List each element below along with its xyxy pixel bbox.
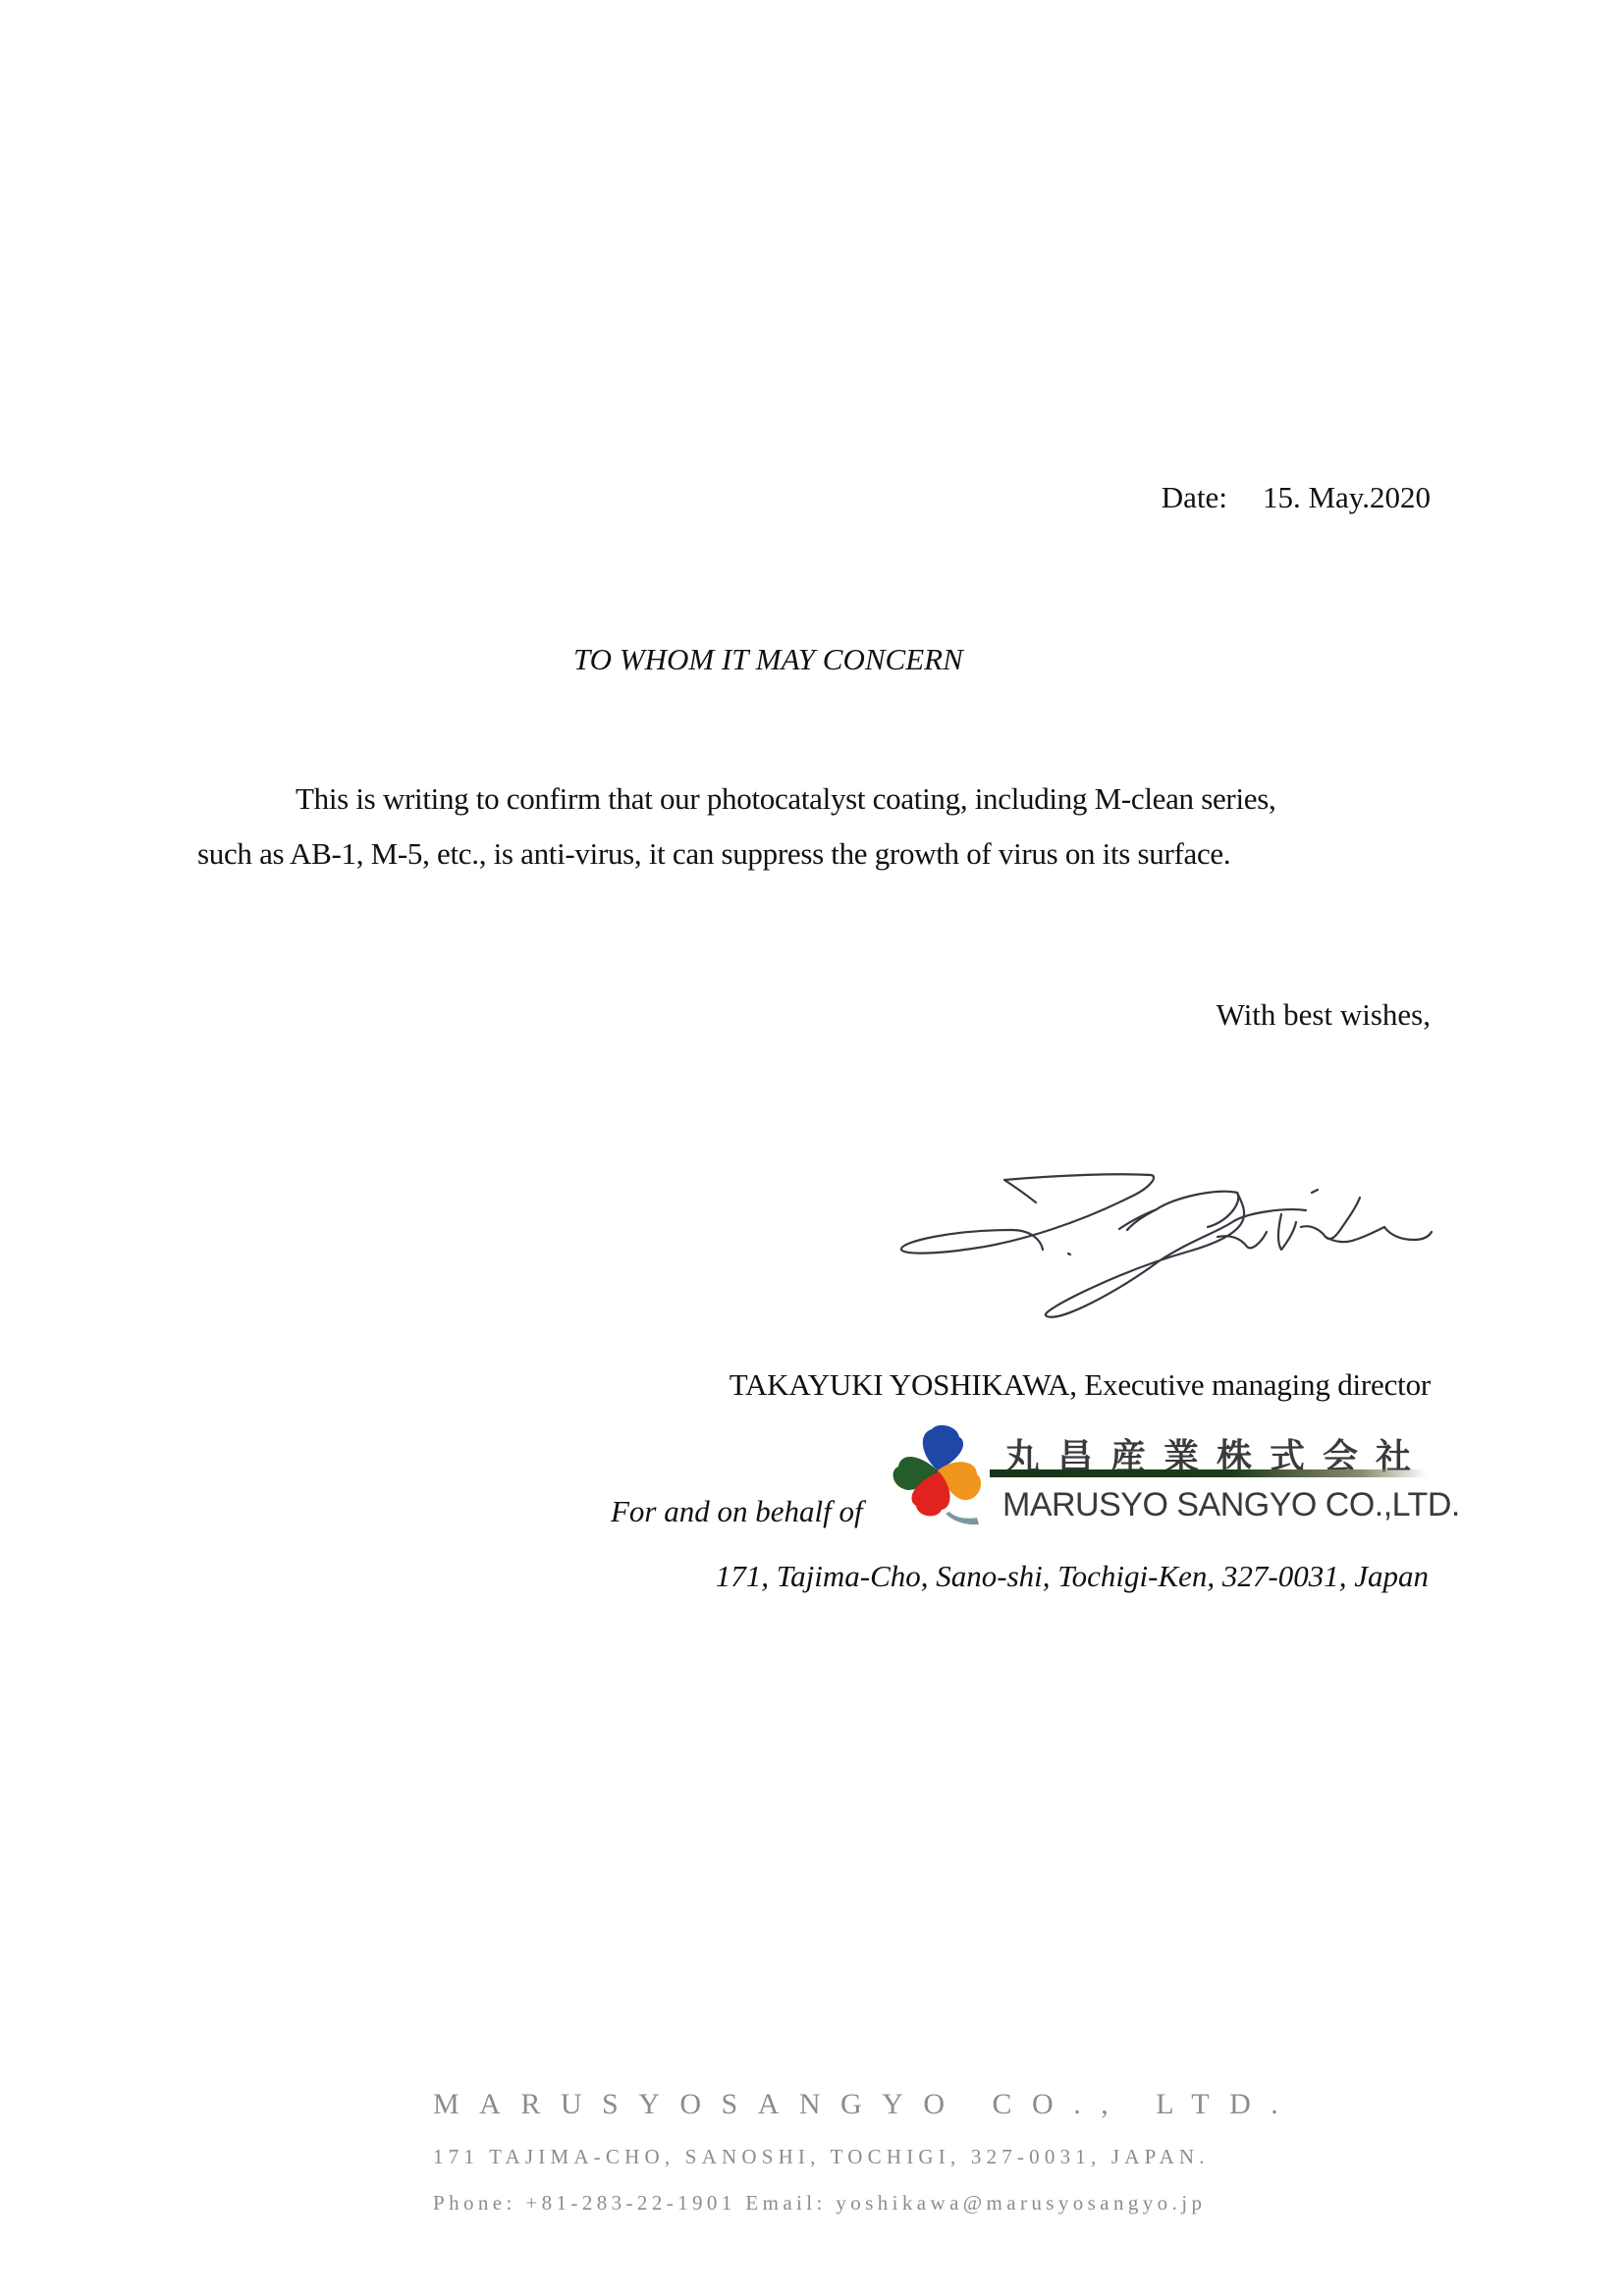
company-logo: 丸昌産業株式会社 MARUSYO SANGYO CO.,LTD. [889,1423,1438,1531]
date-value: 15. May.2020 [1263,480,1431,514]
date-label: Date: [1162,480,1227,514]
on-behalf-of: For and on behalf of [611,1494,863,1529]
closing: With best wishes, [1217,997,1431,1033]
signer-name-title: TAKAYUKI YOSHIKAWA, Executive managing d… [730,1367,1431,1403]
company-name-english: MARUSYO SANGYO CO.,LTD. [1002,1486,1460,1524]
body-line-2: such as AB-1, M-5, etc., is anti-virus, … [197,836,1230,872]
letter-date: Date:15. May.2020 [1162,480,1431,515]
body-line-1: This is writing to confirm that our phot… [296,781,1275,817]
logo-divider-bar [990,1469,1427,1477]
signature-icon [893,1153,1438,1320]
footer-address: 171 TAJIMA-CHO, SANOSHI, TOCHIGI, 327-00… [433,2145,1210,2169]
salutation: TO WHOM IT MAY CONCERN [573,642,963,677]
footer-company: MARUSYOSANGYO CO., LTD. [433,2088,1298,2121]
company-address: 171, Tajima-Cho, Sano-shi, Tochigi-Ken, … [716,1559,1429,1594]
four-leaf-clover-icon [889,1423,987,1525]
footer-contact: Phone: +81-283-22-1901 Email: yoshikawa@… [433,2191,1206,2216]
